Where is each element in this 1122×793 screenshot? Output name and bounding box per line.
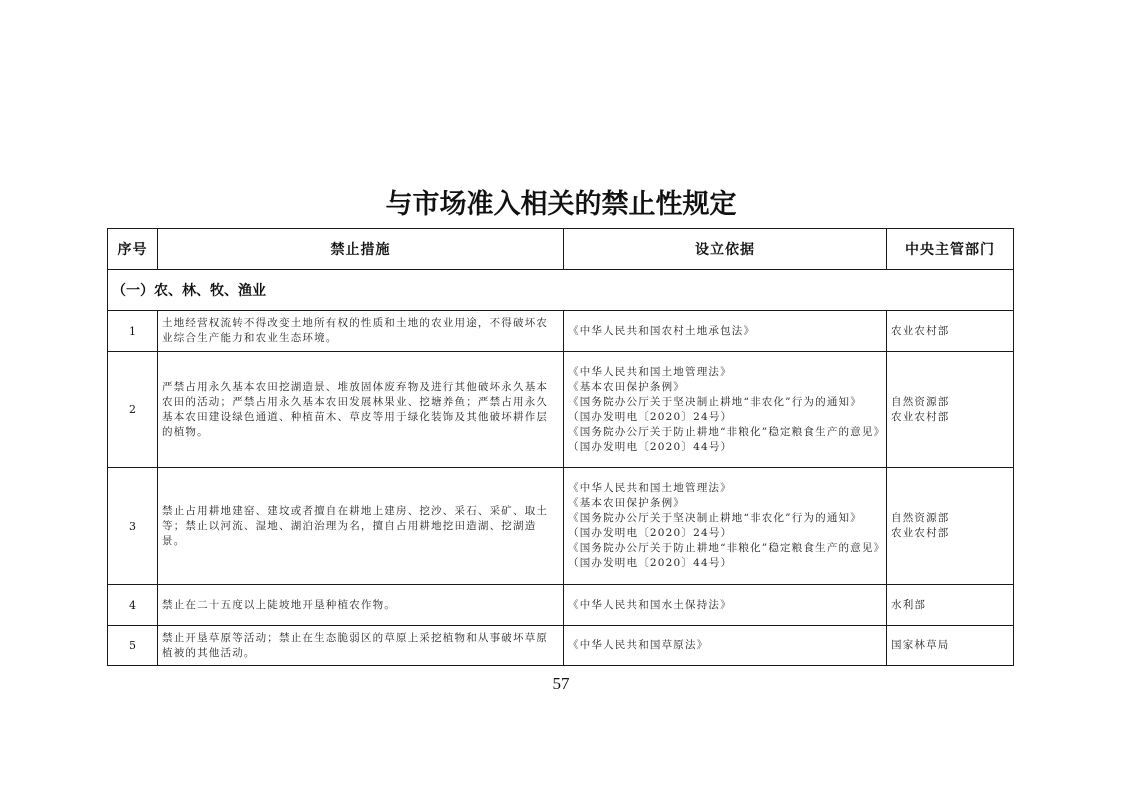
row-department: 水利部 xyxy=(887,585,1014,626)
department-line: 水利部 xyxy=(891,598,1009,613)
basis-line: 《基本农田保护条例》 xyxy=(568,496,882,511)
row-basis: 《中华人民共和国草原法》 xyxy=(564,626,887,666)
row-number: 3 xyxy=(108,468,158,585)
row-measure: 严禁占用永久基本农田挖湖造景、堆放固体废弃物及进行其他破坏永久基本农田的活动；严… xyxy=(158,352,564,468)
basis-line: 《国务院办公厅关于防止耕地“非粮化”稳定粮食生产的意见》（国办发明电〔2020〕… xyxy=(568,425,882,455)
row-department: 农业农村部 xyxy=(887,311,1014,352)
basis-line: （国办发明电〔2020〕24号） xyxy=(568,526,882,541)
basis-line: 《中华人民共和国土地管理法》 xyxy=(568,365,882,380)
table-row: 3 禁止占用耕地建窑、建坟或者擅自在耕地上建房、挖沙、采石、采矿、取土等；禁止以… xyxy=(108,468,1014,585)
row-number: 2 xyxy=(108,352,158,468)
header-measure: 禁止措施 xyxy=(158,229,564,270)
row-measure: 禁止占用耕地建窑、建坟或者擅自在耕地上建房、挖沙、采石、采矿、取土等；禁止以河流… xyxy=(158,468,564,585)
basis-line: 《国务院办公厅关于坚决制止耕地“非农化”行为的通知》 xyxy=(568,511,882,526)
basis-line: 《基本农田保护条例》 xyxy=(568,380,882,395)
department-line: 农业农村部 xyxy=(891,526,1009,541)
table-row: 5 禁止开垦草原等活动；禁止在生态脆弱区的草原上采挖植物和从事破坏草原植被的其他… xyxy=(108,626,1014,666)
basis-line: 《中华人民共和国草原法》 xyxy=(568,638,882,653)
header-department: 中央主管部门 xyxy=(887,229,1014,270)
row-measure: 土地经营权流转不得改变土地所有权的性质和土地的农业用途，不得破坏农业综合生产能力… xyxy=(158,311,564,352)
row-number: 5 xyxy=(108,626,158,666)
basis-line: 《国务院办公厅关于坚决制止耕地“非农化”行为的通知》 xyxy=(568,395,882,410)
row-department: 自然资源部 农业农村部 xyxy=(887,352,1014,468)
department-line: 自然资源部 xyxy=(891,395,1009,410)
table-row: 2 严禁占用永久基本农田挖湖造景、堆放固体废弃物及进行其他破坏永久基本农田的活动… xyxy=(108,352,1014,468)
page-title: 与市场准入相关的禁止性规定 xyxy=(0,182,1122,221)
department-line: 自然资源部 xyxy=(891,511,1009,526)
row-measure: 禁止在二十五度以上陡坡地开垦种植农作物。 xyxy=(158,585,564,626)
row-number: 1 xyxy=(108,311,158,352)
row-basis: 《中华人民共和国土地管理法》 《基本农田保护条例》 《国务院办公厅关于坚决制止耕… xyxy=(564,468,887,585)
section-row: （一）农、林、牧、渔业 xyxy=(108,270,1014,311)
header-serial: 序号 xyxy=(108,229,158,270)
table-row: 4 禁止在二十五度以上陡坡地开垦种植农作物。 《中华人民共和国水土保持法》 水利… xyxy=(108,585,1014,626)
row-measure: 禁止开垦草原等活动；禁止在生态脆弱区的草原上采挖植物和从事破坏草原植被的其他活动… xyxy=(158,626,564,666)
department-line: 农业农村部 xyxy=(891,324,1009,339)
page-number: 57 xyxy=(0,674,1122,694)
row-number: 4 xyxy=(108,585,158,626)
row-department: 国家林草局 xyxy=(887,626,1014,666)
prohibition-table: 序号 禁止措施 设立依据 中央主管部门 （一）农、林、牧、渔业 1 土地经营权流… xyxy=(107,228,1014,666)
basis-line: （国办发明电〔2020〕24号） xyxy=(568,410,882,425)
row-department: 自然资源部 农业农村部 xyxy=(887,468,1014,585)
section-title: （一）农、林、牧、渔业 xyxy=(108,270,1014,311)
row-basis: 《中华人民共和国土地管理法》 《基本农田保护条例》 《国务院办公厅关于坚决制止耕… xyxy=(564,352,887,468)
row-basis: 《中华人民共和国水土保持法》 xyxy=(564,585,887,626)
basis-line: 《国务院办公厅关于防止耕地“非粮化”稳定粮食生产的意见》（国办发明电〔2020〕… xyxy=(568,541,882,571)
department-line: 国家林草局 xyxy=(891,638,1009,653)
table-header-row: 序号 禁止措施 设立依据 中央主管部门 xyxy=(108,229,1014,270)
table-row: 1 土地经营权流转不得改变土地所有权的性质和土地的农业用途，不得破坏农业综合生产… xyxy=(108,311,1014,352)
basis-line: 《中华人民共和国水土保持法》 xyxy=(568,598,882,613)
row-basis: 《中华人民共和国农村土地承包法》 xyxy=(564,311,887,352)
header-basis: 设立依据 xyxy=(564,229,887,270)
basis-line: 《中华人民共和国农村土地承包法》 xyxy=(568,324,882,339)
basis-line: 《中华人民共和国土地管理法》 xyxy=(568,481,882,496)
department-line: 农业农村部 xyxy=(891,410,1009,425)
